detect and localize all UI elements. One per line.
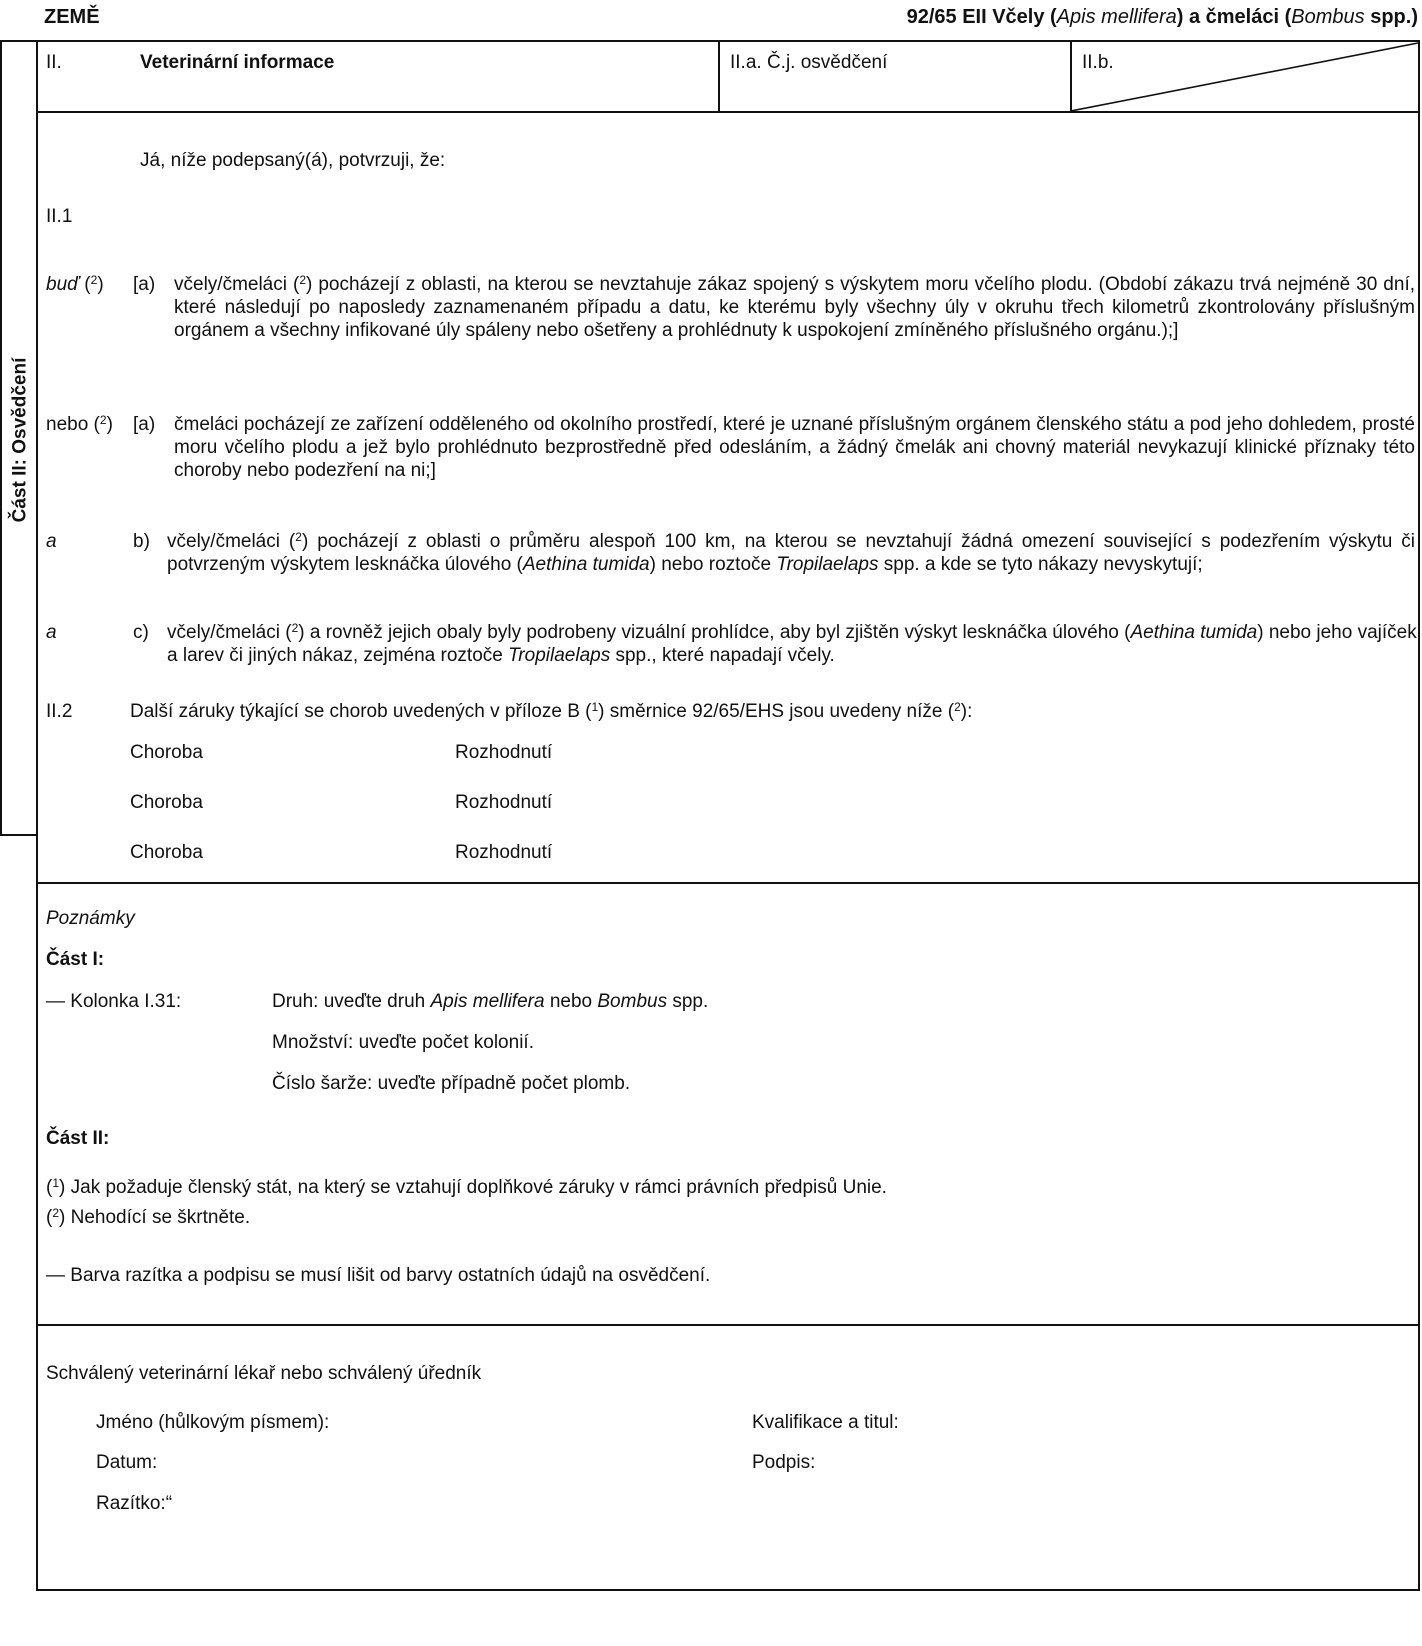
name-label[interactable]: Jméno (hůlkovým písmem):: [96, 1411, 329, 1434]
part1-title: Část I:: [46, 948, 104, 971]
ii2-label: II.2: [46, 700, 72, 723]
disease-field[interactable]: Choroba: [130, 841, 203, 864]
item-letter: [a): [133, 413, 155, 436]
part1-line: Číslo šarže: uveďte případně počet plomb…: [272, 1072, 630, 1095]
item-prefix: a: [46, 621, 57, 644]
header-cell-divider: [718, 40, 720, 112]
decision-field[interactable]: Rozhodnutí: [455, 791, 552, 814]
ii2-text: Další záruky týkající se chorob uvedenýc…: [130, 700, 972, 723]
item-letter: b): [133, 530, 150, 553]
intro-text: Já, níže podepsaný(á), potvrzuji, že:: [140, 149, 445, 172]
date-label[interactable]: Datum:: [96, 1451, 157, 1474]
qualification-label[interactable]: Kvalifikace a titul:: [752, 1411, 899, 1434]
part1-line: Druh: uveďte druh Apis mellifera nebo Bo…: [272, 990, 708, 1013]
notes-title: Poznámky: [46, 907, 135, 930]
decision-field[interactable]: Rozhodnutí: [455, 741, 552, 764]
section-divider: [36, 1324, 1420, 1326]
strikeout-line: [1071, 41, 1419, 112]
item-prefix: buď (2): [46, 273, 104, 296]
part1-line: Množství: uveďte počet kolonií.: [272, 1031, 534, 1054]
section-title: Veterinární informace: [140, 52, 334, 74]
disease-field[interactable]: Choroba: [130, 791, 203, 814]
item-letter: c): [133, 621, 149, 644]
certificate-ref-label[interactable]: II.a. Č.j. osvědčení: [730, 52, 887, 74]
item-prefix: a: [46, 530, 57, 553]
item-text: včely/čmeláci (2) pocházejí z oblasti o …: [167, 530, 1415, 576]
signature-label[interactable]: Podpis:: [752, 1451, 815, 1474]
item-letter: [a): [133, 273, 155, 296]
part1-item-label: — Kolonka I.31:: [46, 990, 181, 1013]
signature-title: Schválený veterinární lékař nebo schvále…: [46, 1362, 481, 1385]
section-divider: [36, 882, 1420, 884]
ref-b-label: II.b.: [1082, 52, 1114, 74]
certificate-title: 92/65 EII Včely (Apis mellifera) a čmelá…: [907, 6, 1418, 29]
stamp-note: — Barva razítka a podpisu se musí lišit …: [46, 1264, 710, 1287]
disease-field[interactable]: Choroba: [130, 741, 203, 764]
part2-title: Část II:: [46, 1127, 109, 1150]
item-text: včely/čmeláci (2) a rovněž jejich obaly …: [167, 621, 1417, 667]
footnote: (1) Jak požaduje členský stát, na který …: [46, 1176, 887, 1199]
ii1-label: II.1: [46, 205, 72, 228]
sidebar-label: Část II: Osvědčení: [9, 358, 31, 523]
country-label: ZEMĚ: [44, 6, 100, 29]
item-text: včely/čmeláci (2) pocházejí z oblasti, n…: [174, 273, 1415, 342]
footnote: (2) Nehodící se škrtněte.: [46, 1206, 250, 1229]
decision-field[interactable]: Rozhodnutí: [455, 841, 552, 864]
sidebar: Část II: Osvědčení: [0, 40, 38, 836]
item-prefix: nebo (2): [46, 413, 113, 436]
section-number: II.: [46, 52, 62, 74]
item-text: čmeláci pocházejí ze zařízení odděleného…: [174, 413, 1415, 482]
stamp-label[interactable]: Razítko:“: [96, 1492, 172, 1515]
